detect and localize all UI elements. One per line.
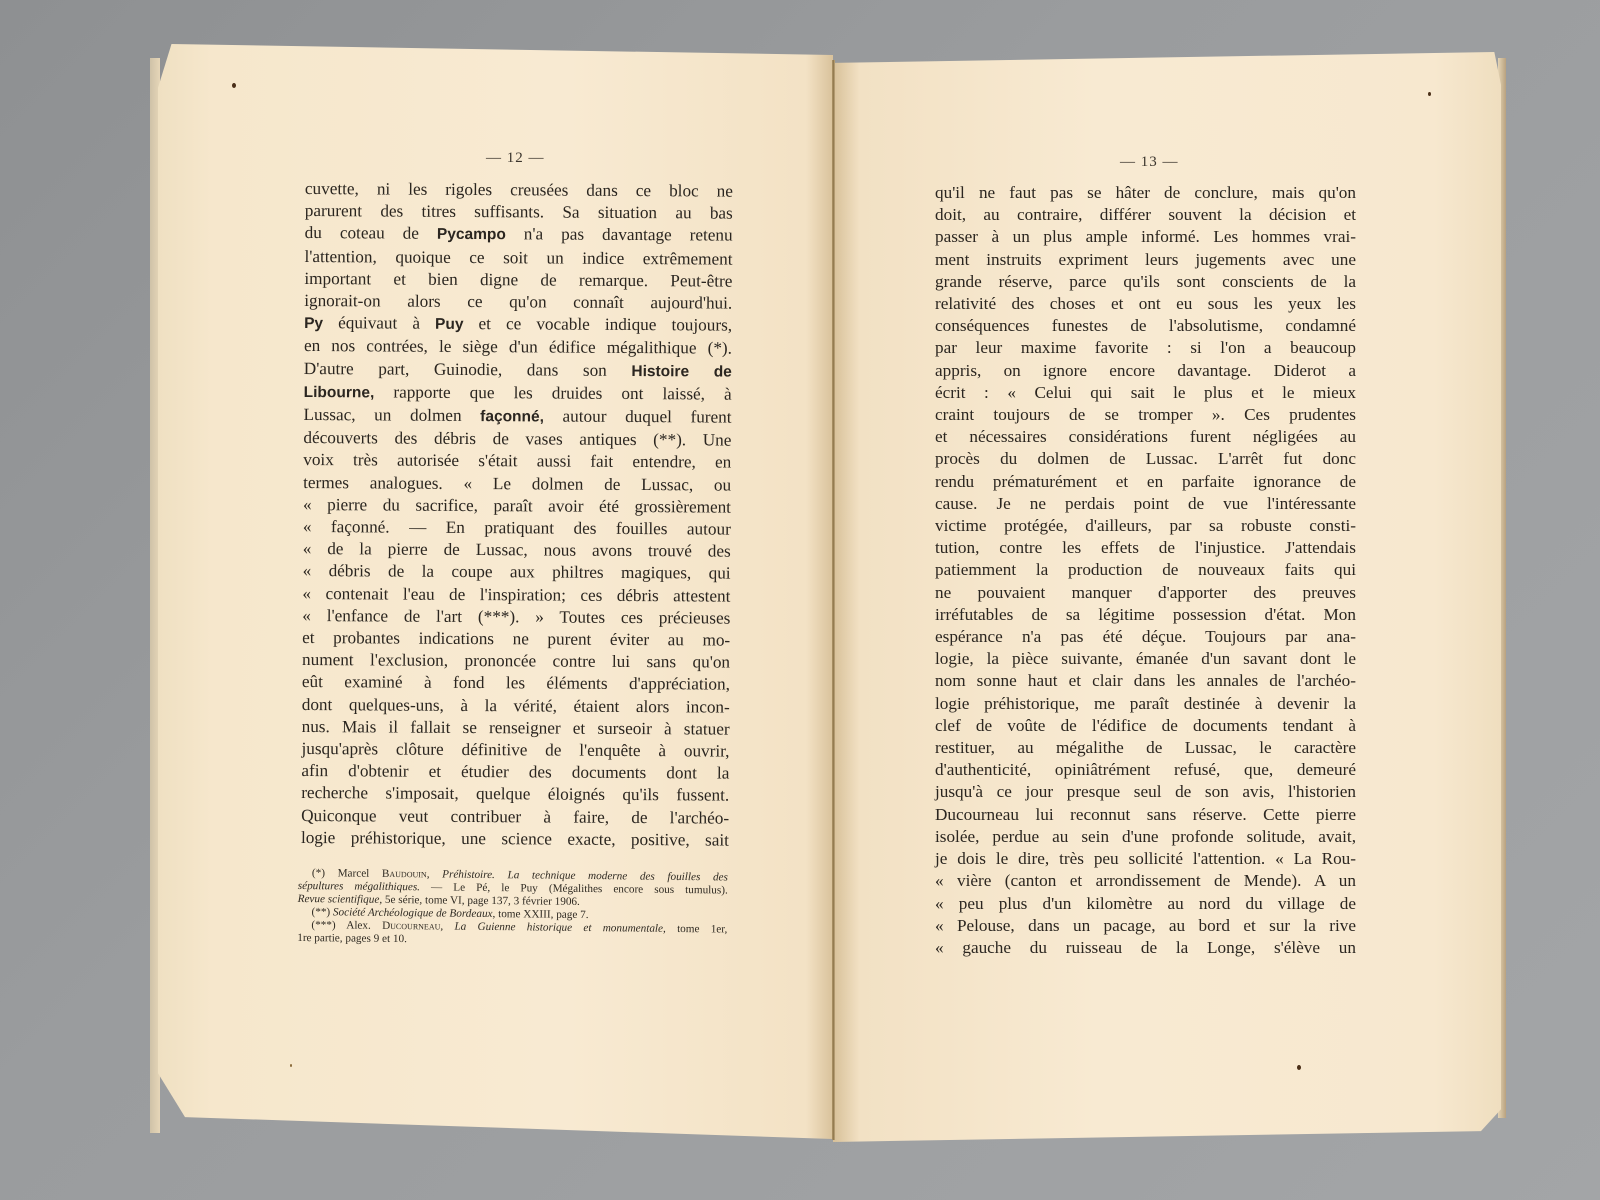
bold-term: Pycampo xyxy=(437,226,506,243)
text-line: restituer, au mégalithe de Lussac, le ca… xyxy=(935,737,1356,759)
text-line: « Pelouse, dans un pacage, au bord et su… xyxy=(935,915,1356,937)
text-line: qu'il ne faut pas se hâter de conclure, … xyxy=(935,182,1356,204)
text-line: écrit : « Celui qui sait le plus et le m… xyxy=(935,382,1356,404)
text-line: relativité des choses et ont eu sous les… xyxy=(935,293,1356,315)
text-line: D'autre part, Guinodie, dans son Histoir… xyxy=(304,358,732,384)
text-line: et nécessaires considérations furent nég… xyxy=(935,426,1356,448)
text-line: nus. Mais il fallait se renseigner et su… xyxy=(302,716,730,741)
text-line: nument l'exclusion, prononcée contre lui… xyxy=(302,649,730,674)
text-line: passer à un plus ample informé. Les homm… xyxy=(935,226,1356,248)
text-line: par leur maxime favorite : si l'on a bea… xyxy=(935,337,1356,359)
text-line: afin d'obtenir et étudier des documents … xyxy=(301,760,729,785)
text-line: rendu prématurément et en parfaite ignor… xyxy=(935,471,1356,493)
text-line: termes analogues. « Le dolmen de Lussac,… xyxy=(303,472,731,497)
text-line: parurent des titres suffisants. Sa situa… xyxy=(305,200,733,225)
text-line: « façonné. — En pratiquant des fouilles … xyxy=(303,516,731,541)
text-line: ne pouvaient manquer d'apporter des preu… xyxy=(935,582,1356,604)
author-name: Baudouin xyxy=(382,868,427,880)
text-line: ment instruits expriment leurs jugements… xyxy=(935,249,1356,271)
page-number-left: — 12 — xyxy=(486,150,545,167)
text-line: en nos contrées, le siège d'un édifice m… xyxy=(304,335,732,360)
bold-term: Puy xyxy=(435,316,464,333)
text-line: tution, contre les effets de l'injustice… xyxy=(935,537,1356,559)
text-line: « de la pierre de Lussac, nous avons tro… xyxy=(303,538,731,563)
text-line: Quiconque veut contribuer à faire, de l'… xyxy=(301,805,729,830)
text-line: je dois le dire, très peu sollicité l'at… xyxy=(935,848,1356,870)
author-name: Ducourneau xyxy=(382,920,440,933)
text-line: « pierre du sacrifice, paraît avoir été … xyxy=(303,494,731,519)
paper-speck xyxy=(232,83,236,88)
paper-speck xyxy=(1428,92,1431,96)
text-line: découverts des débris de vases antiques … xyxy=(303,427,731,452)
paper-speck xyxy=(290,1064,292,1067)
text-line: clef de voûte de l'édifice de documents … xyxy=(935,715,1356,737)
text-line: grande réserve, parce qu'ils sont consci… xyxy=(935,271,1356,293)
text-line: espérance n'a pas été déçue. Toujours pa… xyxy=(935,626,1356,648)
text-line: ignorait-on alors ce qu'on connaît aujou… xyxy=(304,290,732,315)
italic-title: sépultures mégalithiques. xyxy=(298,880,420,893)
text-line: craint toujours de se tromper ». Ces pru… xyxy=(935,404,1356,426)
text-line: jusqu'à ce jour presque seul de son avis… xyxy=(935,781,1356,803)
text-line: doit, au contraire, différer souvent la … xyxy=(935,204,1356,226)
text-line: « débris de la coupe aux philtres magiqu… xyxy=(303,560,731,585)
page-number-right: — 13 — xyxy=(1120,154,1179,171)
text-line: et probantes indications ne purent évite… xyxy=(302,627,730,652)
text-line: « vière (canton et arrondissement de Men… xyxy=(935,870,1356,892)
text-line: appris, on ignore encore davantage. Dide… xyxy=(935,360,1356,382)
text-line: cause. Je ne perdais point de vue l'inté… xyxy=(935,493,1356,515)
text-line: nom sonne haut et clair dans les annales… xyxy=(935,670,1356,692)
text-line: cuvette, ni les rigoles creusées dans ce… xyxy=(305,178,733,203)
text-line: dont quelques-uns, à la vérité, étaient … xyxy=(302,694,730,719)
text-line: victime protégée, d'ailleurs, par sa rob… xyxy=(935,515,1356,537)
italic-title: Société Archéologique de Bordeaux xyxy=(333,906,493,920)
text-line: important et bien digne de remarque. Peu… xyxy=(304,268,732,293)
text-line: recherche s'imposait, quelque éloignés q… xyxy=(301,782,729,807)
book-spread: — 12 — — 13 — cuvette, ni les rigoles cr… xyxy=(0,0,1600,1200)
paper-speck xyxy=(1297,1065,1301,1070)
bold-term: façonné, xyxy=(480,408,544,425)
left-page-body-text: cuvette, ni les rigoles creusées dans ce… xyxy=(301,178,733,852)
left-page-footnotes: (*) Marcel Baudouin, Préhistoire. La tec… xyxy=(297,867,728,949)
text-line: Libourne, rapporte que les druides ont l… xyxy=(304,381,732,407)
text-line: « gauche du ruisseau de la Longe, s'élèv… xyxy=(935,937,1356,959)
text-line: eût examiné à fond les éléments d'appréc… xyxy=(302,671,730,696)
text-line: d'authenticité, opiniâtrément refusé, qu… xyxy=(935,759,1356,781)
text-line: « peu plus d'un kilomètre au nord du vil… xyxy=(935,893,1356,915)
text-line: conséquences funestes de l'absolutisme, … xyxy=(935,315,1356,337)
bold-term: Libourne, xyxy=(304,384,375,401)
text-line: « contenait l'eau de l'inspiration; ces … xyxy=(302,583,730,608)
text-line: irréfutables de sa légitime possession d… xyxy=(935,604,1356,626)
text-line: Ducourneau lui reconnut sans réserve. Ce… xyxy=(935,804,1356,826)
text-line: voix très autorisée s'était aussi fait e… xyxy=(303,449,731,474)
text-line: logie préhistorique, une science exacte,… xyxy=(301,827,729,852)
text-line: jusqu'après clôture définitive de l'enqu… xyxy=(301,738,729,763)
text-line: procès du dolmen de Lussac. L'arrêt fut … xyxy=(935,448,1356,470)
bold-term: Py xyxy=(304,315,323,332)
text-line: logie préhistorique, me paraît destinée … xyxy=(935,693,1356,715)
text-line: du coteau de Pycampo n'a pas davantage r… xyxy=(305,222,733,248)
italic-title: Revue scientifique xyxy=(298,893,380,906)
bold-term: Histoire de xyxy=(631,363,732,381)
book-gutter xyxy=(832,60,835,1140)
text-line: « l'enfance de l'art (***). » Toutes ces… xyxy=(302,605,730,630)
text-line: patiemment la production de nouveaux fai… xyxy=(935,559,1356,581)
right-page-body-text: qu'il ne faut pas se hâter de conclure, … xyxy=(935,182,1356,959)
text-line: Py équivaut à Puy et ce vocable indique … xyxy=(304,312,732,338)
text-line: logie, la pièce suivante, émanée d'un sa… xyxy=(935,648,1356,670)
italic-title: La Guienne historique et monumentale xyxy=(454,921,663,935)
text-line: l'attention, quoique ce soit un indice e… xyxy=(304,246,732,271)
text-line: isolée, perdue au sein d'une profonde so… xyxy=(935,826,1356,848)
text-line: Lussac, un dolmen façonné, autour duquel… xyxy=(303,404,731,430)
